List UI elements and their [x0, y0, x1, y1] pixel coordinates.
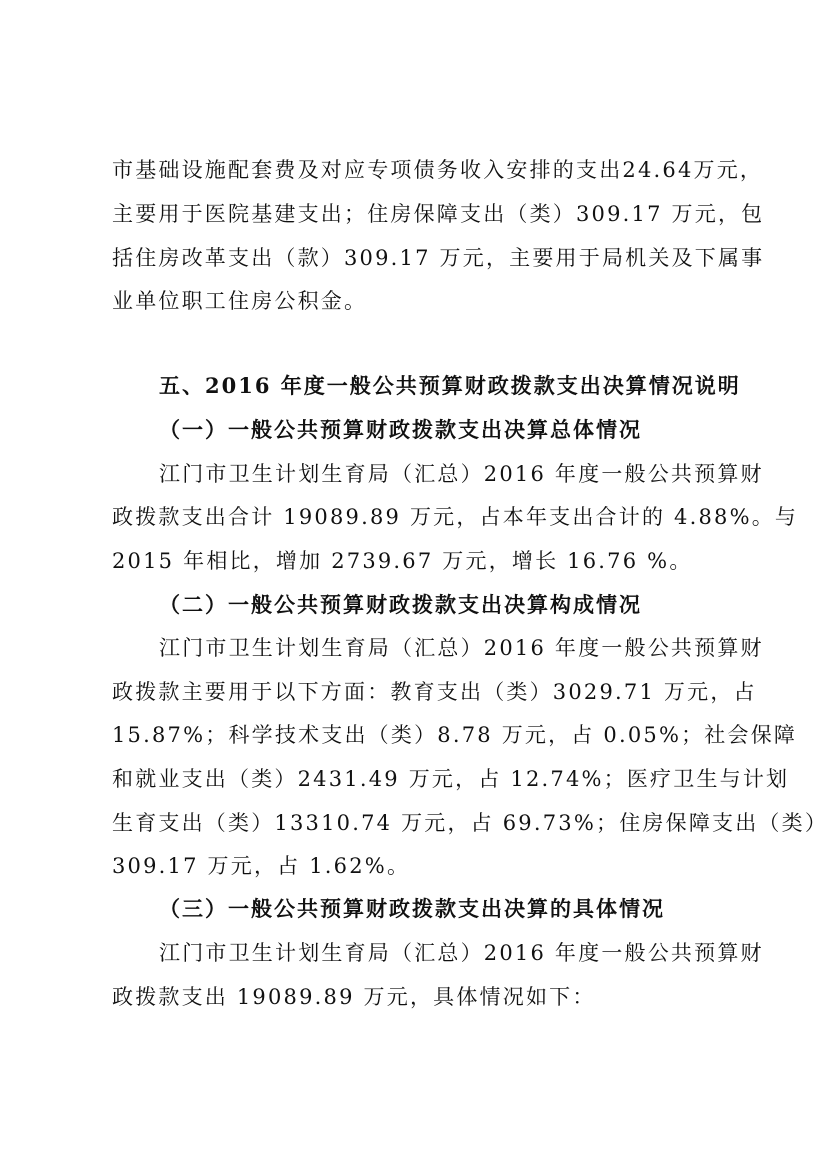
paragraph-line: 江门市卫生计划生育局（汇总）2016 年度一般公共预算财: [159, 633, 714, 663]
paragraph-line: 江门市卫生计划生育局（汇总）2016 年度一般公共预算财: [159, 938, 714, 968]
paragraph-line: 括住房改革支出（款）309.17 万元，主要用于局机关及下属事: [112, 243, 714, 273]
paragraph-line: 15.87%；科学技术支出（类）8.78 万元，占 0.05%；社会保障: [112, 720, 714, 750]
paragraph-line: 生育支出（类）13310.74 万元，占 69.73%；住房保障支出（类）: [112, 808, 714, 838]
paragraph-line: 业单位职工住房公积金。: [112, 286, 714, 316]
paragraph-line: 2015 年相比，增加 2739.67 万元，增长 16.76 %。: [112, 546, 714, 576]
section-heading: 五、2016 年度一般公共预算财政拨款支出决算情况说明: [159, 371, 719, 401]
subsection-heading: （三）一般公共预算财政拨款支出决算的具体情况: [159, 894, 639, 924]
paragraph-line: 江门市卫生计划生育局（汇总）2016 年度一般公共预算财: [159, 459, 714, 489]
subsection-heading: （一）一般公共预算财政拨款支出决算总体情况: [159, 415, 639, 445]
paragraph-line: 政拨款主要用于以下方面：教育支出（类）3029.71 万元，占: [112, 677, 714, 707]
paragraph-line: 政拨款支出 19089.89 万元，具体情况如下：: [112, 982, 714, 1012]
paragraph-line: 309.17 万元，占 1.62%。: [112, 851, 714, 881]
paragraph-line: 和就业支出（类）2431.49 万元，占 12.74%；医疗卫生与计划: [112, 764, 714, 794]
document-page: 市基础设施配套费及对应专项债务收入安排的支出24.64万元， 主要用于医院基建支…: [0, 0, 827, 1169]
paragraph-line: 市基础设施配套费及对应专项债务收入安排的支出24.64万元，: [112, 155, 714, 185]
paragraph-line: 政拨款支出合计 19089.89 万元，占本年支出合计的 4.88%。与: [112, 502, 714, 532]
paragraph-line: 主要用于医院基建支出；住房保障支出（类）309.17 万元，包: [112, 199, 714, 229]
subsection-heading: （二）一般公共预算财政拨款支出决算构成情况: [159, 590, 639, 620]
